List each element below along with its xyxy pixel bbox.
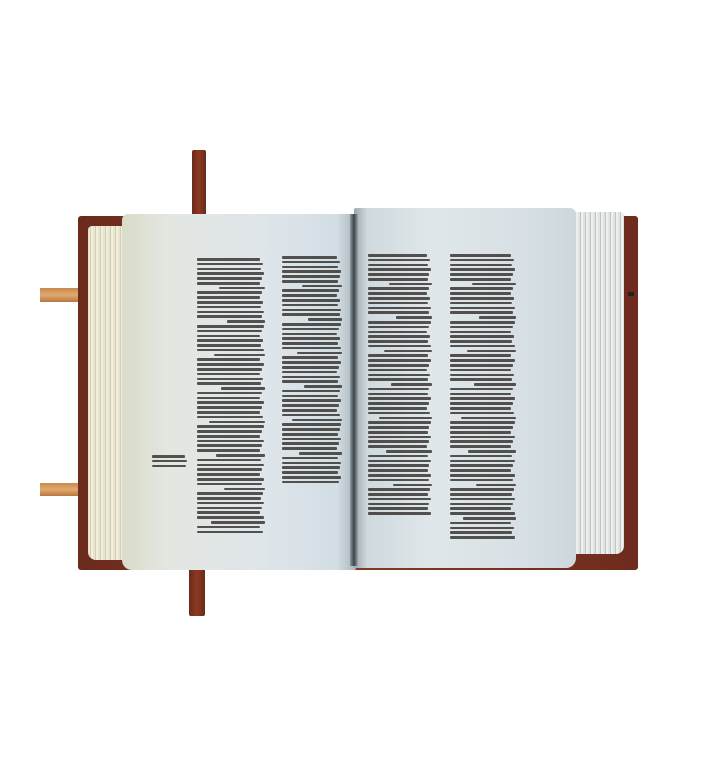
text-line [391,383,432,386]
text-line [282,438,341,441]
text-line [368,297,430,300]
text-line [450,531,512,534]
text-line [197,258,260,261]
text-line [224,488,265,491]
text-line [379,417,432,420]
right-page-edges [568,212,624,554]
text-line [197,411,260,414]
text-line [368,469,428,472]
text-line [368,354,428,357]
text-line [368,254,427,257]
text-line [197,511,260,514]
text-line [197,368,262,371]
text-line [197,282,260,285]
text-line [450,527,514,530]
text-line [368,412,430,415]
text-line [197,502,264,505]
text-line [197,459,261,462]
text-line [227,320,265,323]
text-line [282,466,340,469]
text-line [197,363,264,366]
text-line [197,335,260,338]
text-line [197,358,260,361]
text-line [282,333,337,336]
text-line [282,323,341,326]
text-line [292,419,342,422]
text-line [197,516,264,519]
text-line [282,423,341,426]
text-line [282,481,339,484]
text-line [152,465,186,468]
text-line [450,469,511,472]
text-line [368,488,430,491]
text-line [450,287,513,290]
text-line [282,275,340,278]
text-line [467,350,517,353]
text-line [368,474,431,477]
text-line [450,421,515,424]
text-line [450,426,513,429]
text-line [384,350,432,353]
text-line [282,399,341,402]
text-line [282,380,338,383]
text-line [479,316,516,319]
text-line [282,462,341,465]
text-line [282,371,337,374]
text-line [450,397,515,400]
left-page-column-2 [282,256,342,483]
text-line [282,366,339,369]
text-line [368,407,427,410]
text-line [282,471,338,474]
text-line [450,311,513,314]
text-line [152,455,185,458]
text-line [450,445,511,448]
text-line [282,404,339,407]
text-line [368,264,428,267]
text-line [389,283,432,286]
text-line [197,440,264,443]
text-line [450,335,514,338]
text-line [299,452,342,455]
text-line [368,292,427,295]
text-line [450,522,511,525]
text-line [197,378,263,381]
text-line [214,354,265,357]
text-line [450,345,515,348]
text-line [450,321,515,324]
text-line [197,272,264,275]
text-line [393,484,432,487]
text-line [282,270,341,273]
text-line [450,393,511,396]
left-page-column-1 [197,258,265,533]
text-line [197,296,260,299]
text-line [450,464,513,467]
book-photo [0,0,710,780]
text-line [463,517,516,520]
text-line [282,299,340,302]
text-line [197,401,264,404]
text-line [368,273,429,276]
text-line [468,450,516,453]
text-line [368,335,430,338]
text-line [368,378,428,381]
text-line [368,445,427,448]
text-line [197,435,260,438]
top-strap [192,150,206,220]
text-line [368,402,429,405]
text-line [282,280,338,283]
text-line [450,536,515,539]
text-line [450,474,515,477]
text-line [282,328,339,331]
text-line [197,277,262,280]
text-line [197,531,263,534]
text-line [368,431,428,434]
text-line [450,307,515,310]
text-line [282,337,340,340]
text-line [197,468,262,471]
text-line [282,289,339,292]
text-line [450,340,512,343]
marginal-note [152,455,188,467]
text-line [197,478,264,481]
text-line [197,382,261,385]
text-line [197,497,261,500]
text-line [396,316,432,319]
text-line [282,376,340,379]
text-line [282,442,339,445]
text-line [197,291,262,294]
text-line [450,431,511,434]
text-line [368,498,431,501]
text-line [450,460,515,463]
text-line [282,266,338,269]
text-line [282,256,337,259]
text-line [368,479,429,482]
text-line [197,464,264,467]
text-line [282,342,338,345]
text-line [197,449,260,452]
text-line [368,388,429,391]
text-line [368,460,431,463]
gutter [350,214,358,566]
text-line [450,455,512,458]
text-line [368,440,429,443]
text-line [297,352,342,355]
text-line [368,340,428,343]
text-line [368,364,429,367]
text-line [282,414,340,417]
text-line [197,311,264,314]
text-line [282,409,337,412]
text-line [209,421,265,424]
text-line [368,307,431,310]
text-line [450,374,514,377]
text-line [197,315,262,318]
text-line [368,331,427,334]
text-line [216,454,265,457]
text-line [450,331,511,334]
text-line [450,493,512,496]
bottom-strap [189,562,205,616]
text-line [197,473,260,476]
text-line [282,304,338,307]
text-line [197,416,263,419]
text-line [368,321,431,324]
text-line [450,254,511,257]
text-line [461,417,516,420]
text-line [197,339,263,342]
text-line [450,326,513,329]
text-line [450,388,513,391]
text-line [368,393,428,396]
text-line [282,390,340,393]
text-line [368,436,431,439]
text-line [450,259,514,262]
text-line [221,387,265,390]
text-line [450,364,513,367]
text-line [450,264,512,267]
text-line [197,444,262,447]
text-line [450,268,515,271]
text-line [219,287,265,290]
text-line [450,436,515,439]
text-line [282,361,341,364]
text-line [197,349,264,352]
text-line [197,430,262,433]
text-line [368,345,431,348]
text-line [368,464,429,467]
text-line [282,433,338,436]
text-line [197,268,261,271]
text-line [368,493,428,496]
text-line [197,373,260,376]
text-line [282,356,338,359]
text-line [450,359,515,362]
text-line [368,287,429,290]
text-line [450,412,514,415]
text-line [368,421,431,424]
text-line [450,302,512,305]
text-line [450,488,514,491]
text-line [450,440,513,443]
text-line [282,457,338,460]
text-line [197,507,262,510]
text-line [450,498,515,501]
text-line [197,425,264,428]
text-line [450,354,511,357]
text-line [368,503,429,506]
text-line [197,406,262,409]
text-line [368,397,431,400]
right-page-column-1 [368,254,432,515]
text-line [472,283,516,286]
text-line [368,278,428,281]
text-line [450,402,513,405]
text-line [197,325,264,328]
text-line [386,450,432,453]
text-line [368,507,428,510]
text-line [282,395,338,398]
text-line [197,330,262,333]
text-line [450,292,511,295]
clasp [628,292,634,296]
right-page-column-2 [450,254,516,539]
text-line [197,306,261,309]
text-line [450,369,511,372]
text-line [282,447,337,450]
text-line [476,484,516,487]
text-line [282,347,341,350]
text-line [450,512,515,515]
text-line [368,369,427,372]
text-line [368,374,430,377]
text-line [282,309,341,312]
text-line [197,526,260,529]
text-line [450,407,511,410]
text-line [197,483,262,486]
text-line [450,278,511,281]
top-tab [40,288,82,302]
text-line [197,263,263,266]
text-line [282,294,337,297]
text-line [282,428,340,431]
text-line [368,302,428,305]
text-line [368,359,431,362]
text-line [197,492,263,495]
text-line [197,301,263,304]
text-line [197,344,261,347]
text-line [368,259,430,262]
text-line [282,261,340,264]
text-line [450,273,513,276]
text-line [308,318,342,321]
text-line [450,297,514,300]
text-line [197,392,262,395]
text-line [368,326,429,329]
text-line [474,383,516,386]
text-line [368,512,431,515]
text-line [368,455,428,458]
text-line [450,507,511,510]
text-line [302,285,342,288]
text-line [282,476,341,479]
text-line [450,503,513,506]
text-line [282,313,340,316]
text-line [450,378,512,381]
text-line [368,426,429,429]
text-line [197,397,260,400]
text-line [368,311,429,314]
text-line [450,479,513,482]
text-line [304,385,342,388]
text-line [152,460,187,463]
bottom-tab [40,483,80,496]
text-line [368,268,431,271]
text-line [211,521,265,524]
